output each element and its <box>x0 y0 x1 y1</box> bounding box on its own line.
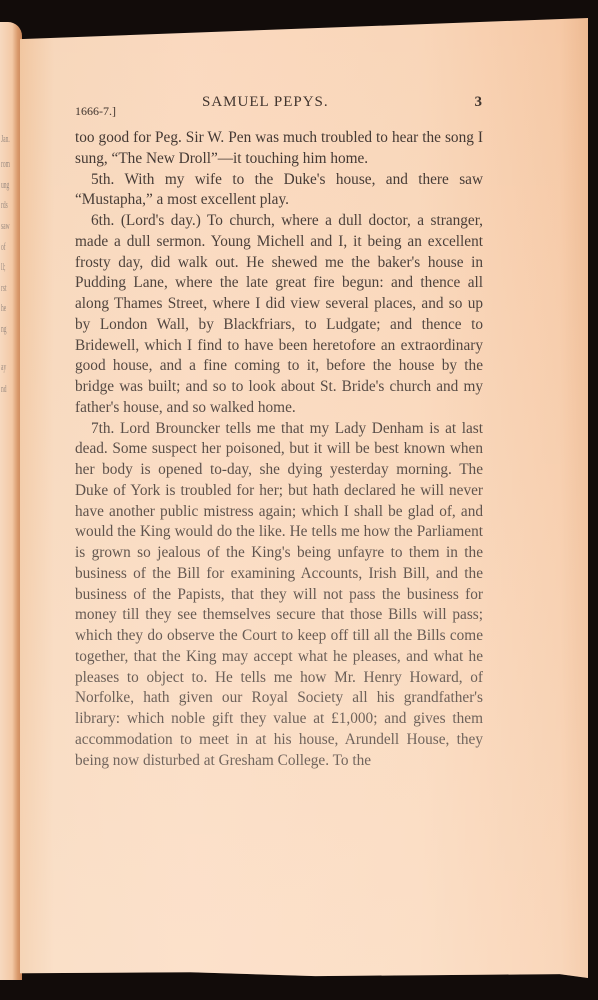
paragraph-entry-6th: 6th. (Lord's day.) To church, where a du… <box>75 211 483 419</box>
running-head-date: 1666-7.] <box>75 104 116 119</box>
margin-fragment: ung <box>1 180 9 191</box>
previous-page-edge: Jan. rom ung rds saw of ll; rst he ng ay… <box>0 22 22 980</box>
margin-fragment: Jan. <box>1 134 10 145</box>
paragraph-entry-5th: 5th. With my wife to the Duke's house, a… <box>75 170 483 212</box>
margin-fragment: rom <box>1 159 10 170</box>
book-page: 1666-7.] SAMUEL PEPYS. 3 too good for Pe… <box>20 18 588 978</box>
diary-text: too good for Peg. Sir W. Pen was much tr… <box>75 128 483 771</box>
margin-fragment: ay <box>1 362 6 373</box>
margin-fragment: rst <box>1 283 7 294</box>
margin-fragment: he <box>1 303 6 314</box>
margin-fragment: ng <box>1 324 7 335</box>
margin-fragment: saw <box>1 221 10 232</box>
paragraph: too good for Peg. Sir W. Pen was much tr… <box>75 128 483 170</box>
margin-fragment: nd <box>1 384 7 395</box>
margin-fragment: ll; <box>1 262 6 273</box>
margin-fragment: rds <box>1 200 8 211</box>
paragraph-entry-7th: 7th. Lord Brouncker tells me that my Lad… <box>75 419 483 772</box>
running-head: 1666-7.] SAMUEL PEPYS. 3 <box>75 90 475 114</box>
margin-fragment: of <box>1 242 6 253</box>
page-number: 3 <box>475 94 483 111</box>
running-head-title: SAMUEL PEPYS. <box>202 94 329 111</box>
